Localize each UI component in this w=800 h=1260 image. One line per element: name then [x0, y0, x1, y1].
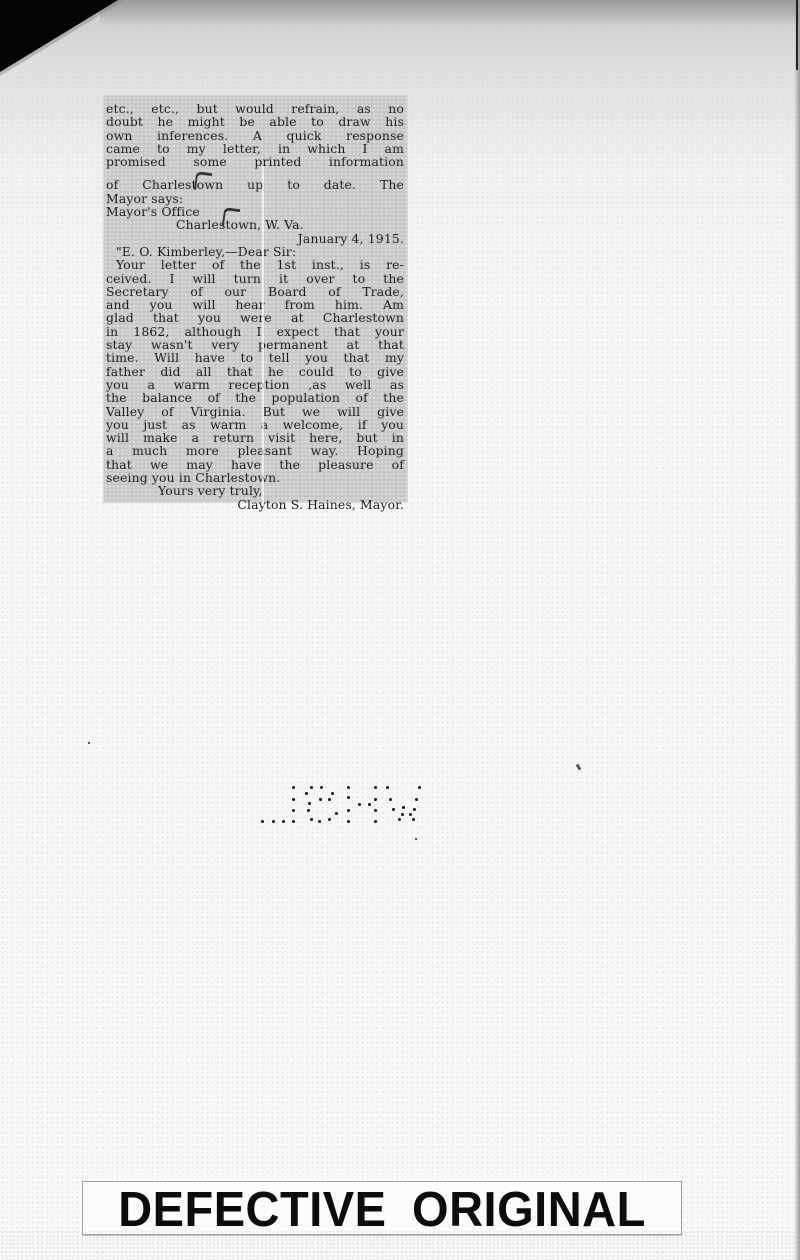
- fold-crease: [262, 166, 264, 506]
- text-line: stay wasn't very permanent at that: [106, 338, 404, 351]
- perforation-dot: [374, 786, 377, 789]
- banner-text: DEFECTIVE ORIGINAL: [118, 1179, 646, 1237]
- top-edge-shadow: [100, 0, 800, 26]
- perforation-dot: [401, 813, 404, 816]
- text-line: the balance of the population of the: [106, 391, 404, 404]
- perforation-dot: [347, 809, 350, 812]
- ink-mark: [194, 171, 212, 192]
- text-line: time. Will have to tell you that my: [106, 351, 404, 364]
- perforation-dot: [310, 786, 313, 789]
- perforated-stamp: JOHW: [258, 780, 418, 830]
- perforation-dot: [358, 803, 361, 806]
- right-edge-mark: [796, 0, 798, 70]
- defective-original-banner: DEFECTIVE ORIGINAL: [82, 1181, 682, 1235]
- perforation-dot: [347, 820, 350, 823]
- perforation-dot: [307, 809, 310, 812]
- perforation-dot: [389, 798, 392, 801]
- text-line: seeing you in Charlestown.: [106, 471, 404, 484]
- text-line: that we may have the pleasure of: [106, 458, 404, 471]
- letter-office: Mayor's Office: [106, 205, 404, 218]
- text-line: doubt he might be able to draw his: [106, 115, 404, 128]
- perforation-dot: [282, 820, 285, 823]
- text-line: you a warm reception ,as well as: [106, 378, 404, 391]
- clipping-text: etc., etc., but would refrain, as no dou…: [106, 102, 404, 511]
- text-line: Valley of Virginia. But we will give: [106, 405, 404, 418]
- text-line: a much more pleasant way. Hoping: [106, 444, 404, 457]
- perforation-dot: [292, 798, 295, 801]
- perforation-dot: [413, 808, 416, 811]
- scan-speck: [88, 742, 90, 744]
- perforation-dot: [292, 820, 295, 823]
- text-line: of Charlestown up to date. The: [106, 178, 404, 191]
- perforation-dot: [310, 818, 313, 821]
- text-line: will make a return visit here, but in: [106, 431, 404, 444]
- perforation-dot: [335, 812, 338, 815]
- text-line: Secretary of our Board of Trade,: [106, 285, 404, 298]
- text-line: you just as warm a welcome, if you: [106, 418, 404, 431]
- perforation-dot: [409, 813, 412, 816]
- perforation-dot: [318, 820, 321, 823]
- perforation-dot: [402, 806, 405, 809]
- perforation-dot: [374, 820, 377, 823]
- ink-mark: [222, 207, 240, 228]
- perforation-dot: [412, 818, 415, 821]
- right-page-edge: [794, 0, 800, 1260]
- perforation-dot: [347, 796, 350, 799]
- perforation-dot: [331, 792, 334, 795]
- letter-closing: Yours very truly,: [106, 484, 404, 497]
- scan-speck: [415, 838, 417, 840]
- text-line: Mayor says:: [106, 192, 404, 205]
- text-line: and you will hear from him. Am: [106, 298, 404, 311]
- text-line: Your letter of the 1st inst., is re-: [106, 258, 404, 271]
- letter-place: Charlestown, W. Va.: [106, 218, 404, 231]
- perforation-dot: [320, 786, 323, 789]
- perforation-dot: [368, 803, 371, 806]
- perforation-dot: [261, 820, 264, 823]
- perforation-dot: [386, 786, 389, 789]
- text-line: own inferences. A quick response: [106, 129, 404, 142]
- perforation-dot: [374, 809, 377, 812]
- bottom-scan-noise: [0, 1230, 800, 1260]
- perforation-dot: [292, 809, 295, 812]
- perforation-dot: [418, 786, 421, 789]
- perforation-dot: [398, 818, 401, 821]
- letter-signature: Clayton S. Haines, Mayor.: [106, 498, 404, 511]
- perforation-dot: [319, 798, 322, 801]
- text-line: glad that you were at Charlestown: [106, 311, 404, 324]
- perforation-dot: [272, 820, 275, 823]
- torn-corner: [0, 0, 118, 72]
- letter-date: January 4, 1915.: [106, 232, 404, 245]
- perforation-dot: [328, 798, 331, 801]
- perforation-dot: [328, 818, 331, 821]
- text-line: in 1862, although I expect that your: [106, 325, 404, 338]
- perforation-dot: [308, 802, 311, 805]
- text-line: father did all that he could to give: [106, 365, 404, 378]
- letter-salutation: "E. O. Kimberley,—Dear Sir:: [106, 245, 404, 258]
- text-line: promised some printed information: [106, 155, 404, 168]
- text-line: came to my letter, in which I am: [106, 142, 404, 155]
- perforation-dot: [292, 786, 295, 789]
- perforation-dot: [415, 798, 418, 801]
- text-line: ceived. I will turn it over to the: [106, 272, 404, 285]
- newspaper-clipping: etc., etc., but would refrain, as no dou…: [104, 96, 407, 502]
- perforation-dot: [347, 786, 350, 789]
- perforation-dot: [392, 808, 395, 811]
- perforation-dot: [374, 798, 377, 801]
- perforation-dot: [305, 792, 308, 795]
- text-line: etc., etc., but would refrain, as no: [106, 102, 404, 115]
